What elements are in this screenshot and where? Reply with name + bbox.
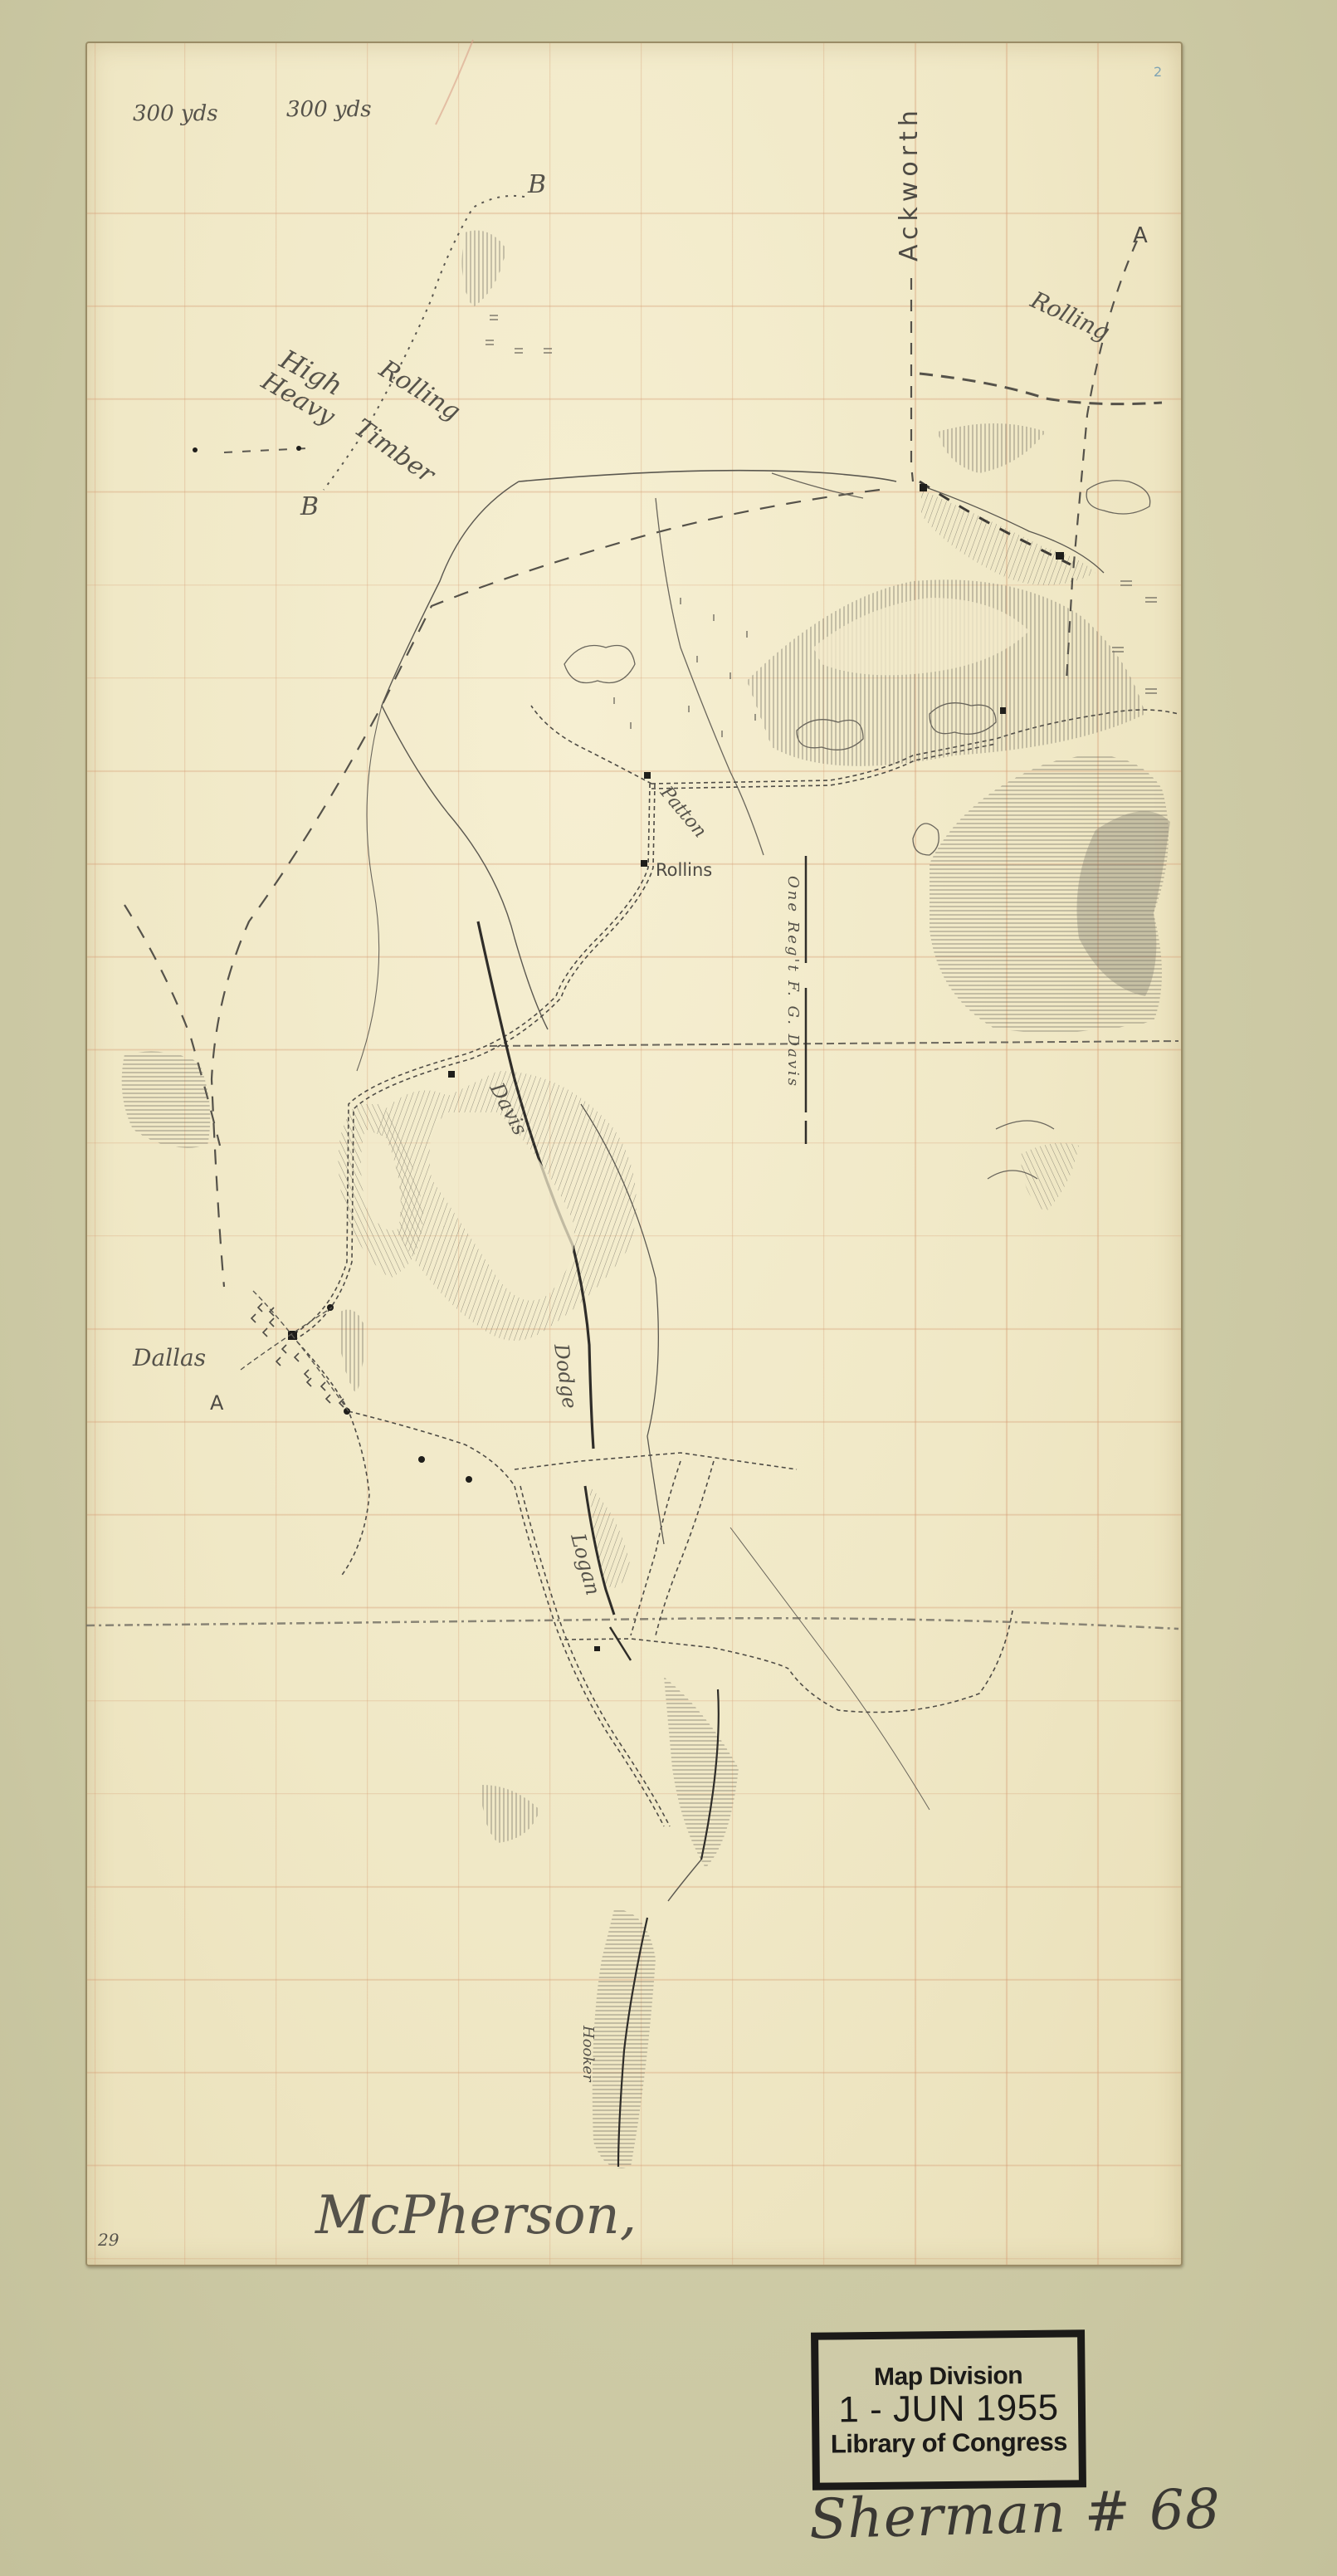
- label-point-a-dallas: A: [210, 1391, 224, 1415]
- label-rolling-left: Rolling: [373, 354, 466, 427]
- catalog-note: Sherman # 68: [808, 2477, 1222, 2552]
- library-of-congress-stamp: Map Division 1 - JUN 1955 Library of Con…: [811, 2329, 1086, 2490]
- signature: McPherson,: [315, 2185, 637, 2246]
- label-point-b-left: B: [300, 492, 319, 521]
- label-dallas: Dallas: [132, 1344, 206, 1371]
- map-drawing: 300 yds 300 yds B B A A High Heavy Timbe…: [0, 0, 1337, 2576]
- label-scale-right: 300 yds: [286, 97, 372, 122]
- east-west-road: [86, 1618, 1178, 1629]
- label-dodge: Dodge: [549, 1342, 582, 1410]
- label-scale-left: 300 yds: [133, 101, 218, 126]
- label-rollins: Rollins: [656, 860, 712, 880]
- label-vertical-note: One Reg't F. G. Davis: [784, 876, 802, 1088]
- dallas-pickets: [251, 1303, 344, 1407]
- label-point-b-top: B: [527, 170, 546, 199]
- page-number: 29: [97, 2230, 120, 2250]
- label-point-a-right: A: [1133, 223, 1148, 248]
- label-patton: Patton: [656, 782, 710, 842]
- stamp-library: Library of Congress: [831, 2427, 1067, 2458]
- stamp-date: 1 - JUN 1955: [838, 2389, 1059, 2430]
- label-timber: Timber: [349, 413, 441, 490]
- label-hooker: Hooker: [579, 2025, 597, 2083]
- corner-mark: 2: [1154, 64, 1162, 80]
- label-rolling-right: Rolling: [1026, 286, 1114, 346]
- label-ackworth: Ackworth: [895, 105, 924, 262]
- stamp-division: Map Division: [874, 2362, 1022, 2391]
